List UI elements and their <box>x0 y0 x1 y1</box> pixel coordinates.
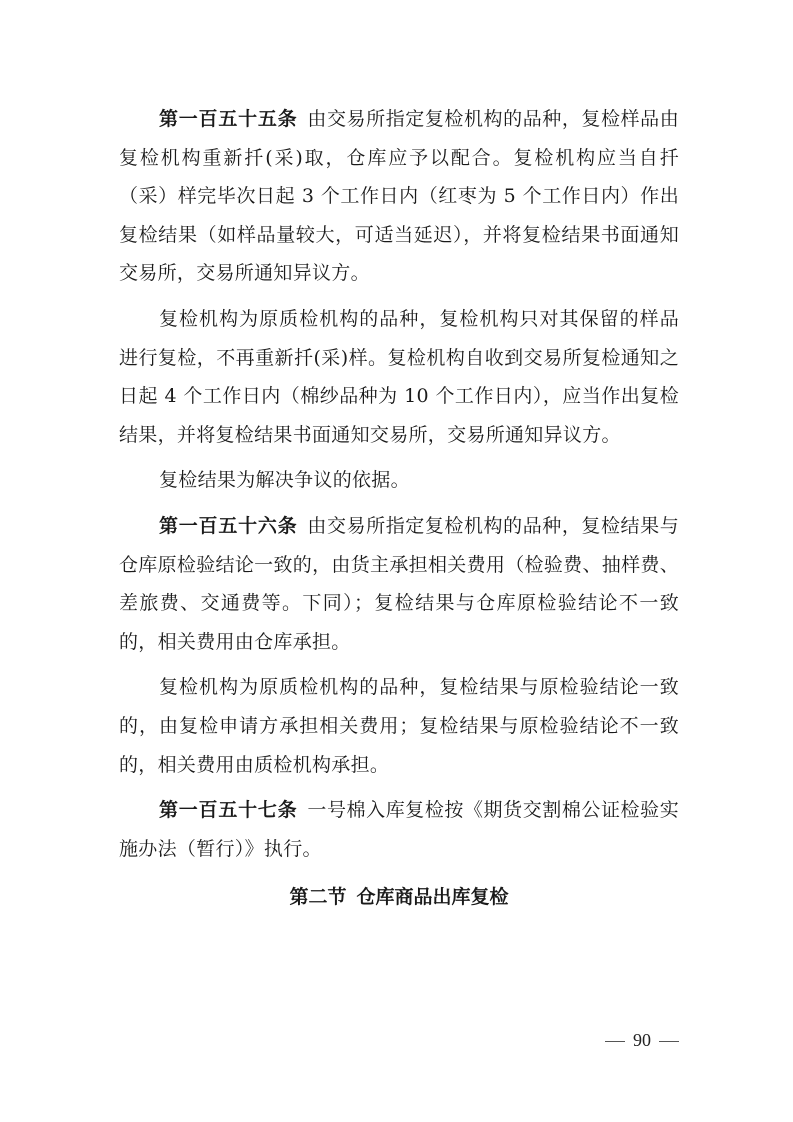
paragraph-text: 复检结果为解决争议的依据。 <box>159 469 410 491</box>
paragraph-text: 复检机构为原质检机构的品种，复检结果与原检验结论一致的，由复检申请方承担相关费用… <box>119 676 679 775</box>
dash-decoration <box>605 1041 625 1042</box>
paragraph: 复检结果为解决争议的依据。 <box>119 461 679 500</box>
page-number: 90 <box>597 1030 687 1051</box>
paragraph: 复检机构为原质检机构的品种，复检结果与原检验结论一致的，由复检申请方承担相关费用… <box>119 668 679 784</box>
article-157-paragraph: 第一百五十七条一号棉入库复检按《期货交割棉公证检验实施办法（暂行）》执行。 <box>119 791 679 868</box>
article-number: 第一百五十五条 <box>159 108 297 130</box>
paragraph-text: 复检机构为原质检机构的品种，复检机构只对其保留的样品进行复检，不再重新扦(采)样… <box>119 308 679 446</box>
paragraph: 复检机构为原质检机构的品种，复检机构只对其保留的样品进行复检，不再重新扦(采)样… <box>119 300 679 454</box>
dash-decoration <box>659 1041 679 1042</box>
document-body: 第一百五十五条由交易所指定复检机构的品种，复检样品由复检机构重新扦(采)取，仓库… <box>119 100 679 916</box>
article-155-paragraph: 第一百五十五条由交易所指定复检机构的品种，复检样品由复检机构重新扦(采)取，仓库… <box>119 100 679 293</box>
page-number-value: 90 <box>633 1030 651 1050</box>
paragraph-text: 由交易所指定复检机构的品种，复检样品由复检机构重新扦(采)取，仓库应予以配合。复… <box>119 108 679 284</box>
article-156-paragraph: 第一百五十六条由交易所指定复检机构的品种，复检结果与仓库原检验结论一致的，由货主… <box>119 507 679 661</box>
article-number: 第一百五十六条 <box>159 515 297 537</box>
section-title: 仓库商品出库复检 <box>357 886 509 908</box>
section-number: 第二节 <box>289 886 346 908</box>
article-number: 第一百五十七条 <box>159 799 297 821</box>
section-heading: 第二节仓库商品出库复检 <box>119 878 679 916</box>
